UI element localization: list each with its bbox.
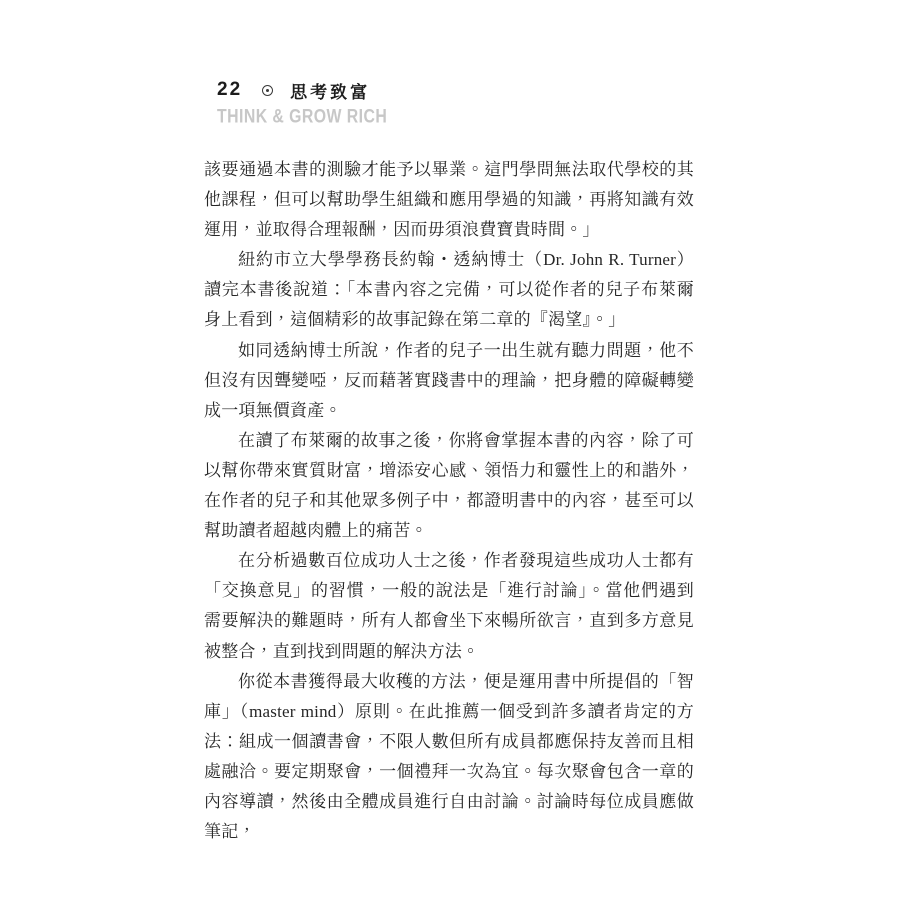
page-number: 22 — [217, 79, 242, 101]
bullseye-icon-dot — [266, 89, 269, 92]
body-paragraph-3: 如同透納博士所說，作者的兒子一出生就有聽力問題，他不但沒有因聾變啞，反而藉著實踐… — [204, 336, 694, 426]
body-paragraph-6: 你從本書獲得最大收穫的方法，便是運用書中所提倡的「智庫」（master mind… — [204, 667, 694, 848]
body-paragraph-2: 紐約市立大學學務長約翰・透納博士（Dr. John R. Turner）讀完本書… — [204, 245, 694, 335]
body-paragraph-4: 在讀了布萊爾的故事之後，你將會掌握本書的內容，除了可以幫你帶來實質財富，增添安心… — [204, 426, 694, 546]
body-paragraph-5: 在分析過數百位成功人士之後，作者發現這些成功人士都有「交換意見」的習慣，一般的說… — [204, 546, 694, 666]
page-header: 22 思考致富 THINK & GROW RICH — [217, 80, 410, 126]
page-header-row: 22 思考致富 — [217, 80, 410, 100]
book-title-zh: 思考致富 — [290, 78, 370, 103]
book-title-en: THINK & GROW RICH — [217, 105, 387, 128]
body-paragraph-1: 該要通過本書的測驗才能予以畢業。這門學問無法取代學校的其他課程，但可以幫助學生組… — [204, 155, 694, 245]
page-body: 該要通過本書的測驗才能予以畢業。這門學問無法取代學校的其他課程，但可以幫助學生組… — [204, 155, 694, 847]
bullseye-icon — [262, 85, 273, 96]
book-page: 22 思考致富 THINK & GROW RICH 該要通過本書的測驗才能予以畢… — [0, 0, 900, 900]
